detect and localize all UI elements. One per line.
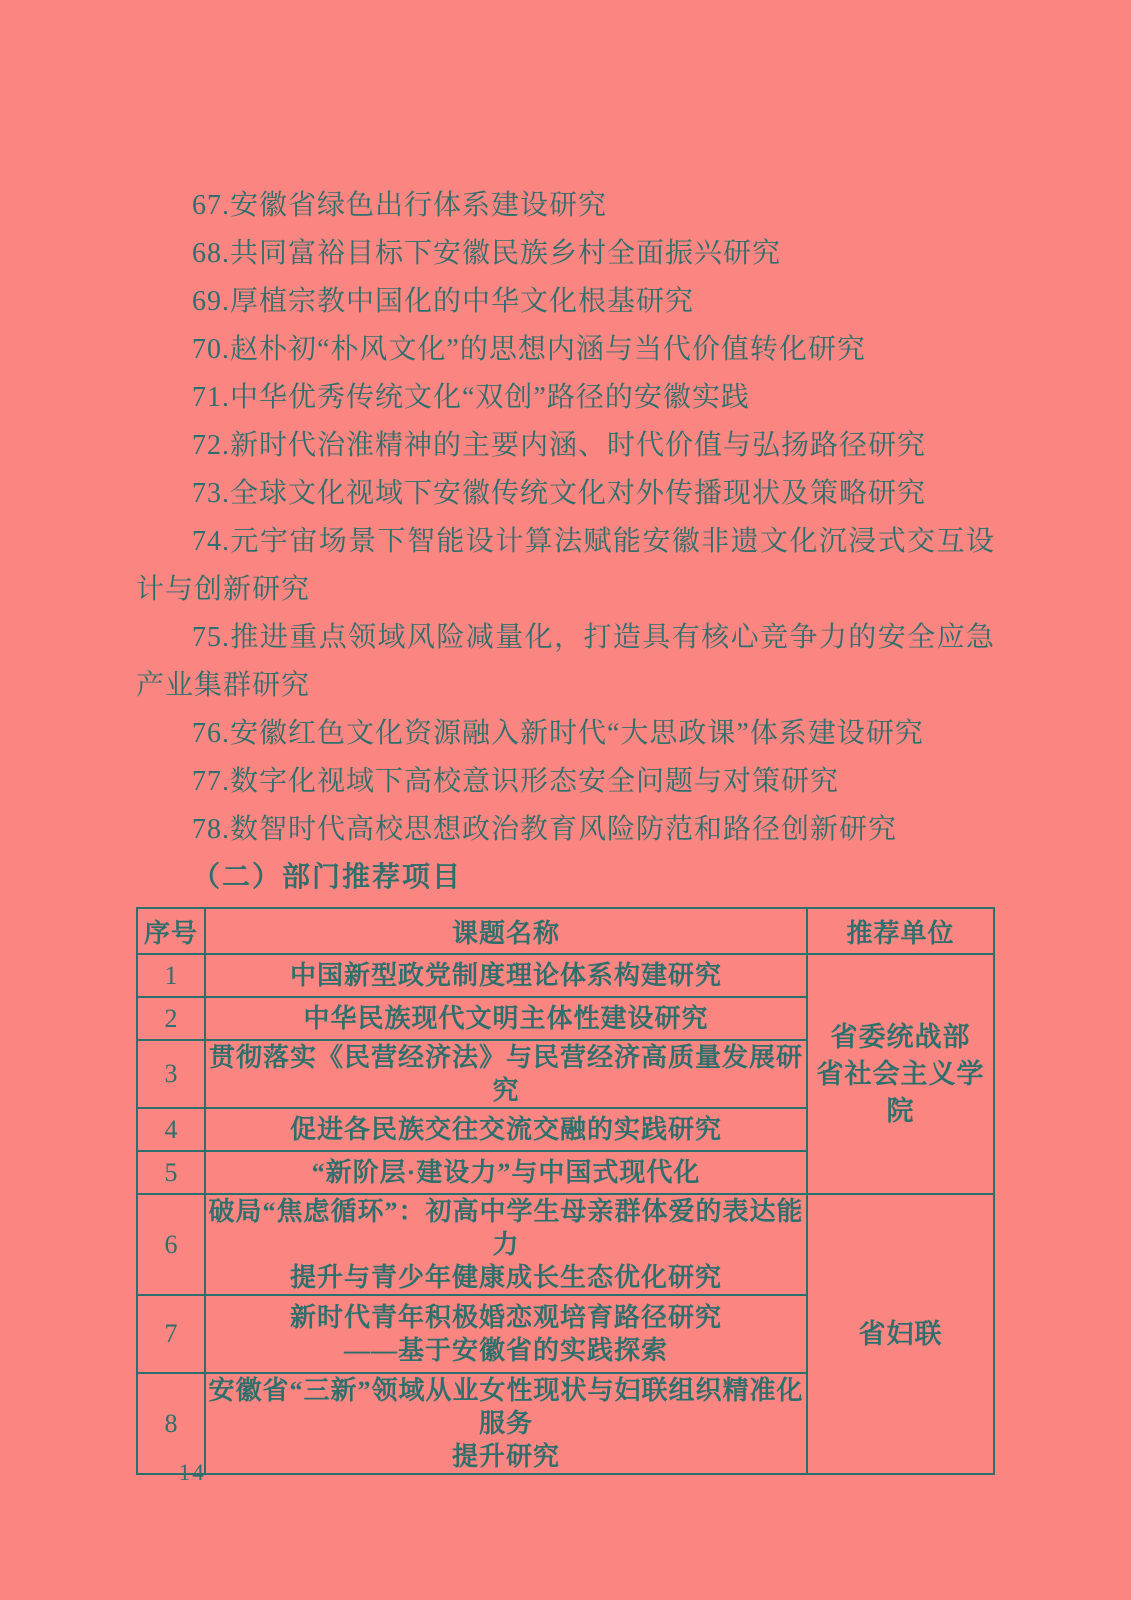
topic-title-cell: 促进各民族交往交流交融的实践研究: [205, 1108, 807, 1151]
list-item-67: 67.安徽省绿色出行体系建设研究: [136, 182, 995, 230]
list-item-77: 77.数字化视域下高校意识形态安全问题与对策研究: [136, 758, 995, 806]
unit-line: 省委统战部: [808, 1019, 993, 1056]
table-header-row: 序号 课题名称 推荐单位: [137, 908, 994, 954]
topic-title-line: 提升与青少年健康成长生态优化研究: [206, 1261, 806, 1294]
topic-title-line: 提升研究: [206, 1440, 806, 1473]
list-item-71: 71.中华优秀传统文化“双创”路径的安徽实践: [136, 374, 995, 422]
table-row: 6 破局“焦虑循环”：初高中学生母亲群体爱的表达能力 提升与青少年健康成长生态优…: [137, 1194, 994, 1295]
table-row: 1 中国新型政党制度理论体系构建研究 省委统战部 省社会主义学院: [137, 954, 994, 997]
topic-title-cell: 中国新型政党制度理论体系构建研究: [205, 954, 807, 997]
list-item-70: 70.赵朴初“朴风文化”的思想内涵与当代价值转化研究: [136, 326, 995, 374]
topic-title-cell: 安徽省“三新”领域从业女性现状与妇联组织精准化服务 提升研究: [205, 1373, 807, 1474]
row-number-cell: 3: [137, 1040, 205, 1108]
topic-title-line: ——基于安徽省的实践探索: [206, 1334, 806, 1367]
topic-title-cell: 破局“焦虑循环”：初高中学生母亲群体爱的表达能力 提升与青少年健康成长生态优化研…: [205, 1194, 807, 1295]
list-item-73: 73.全球文化视域下安徽传统文化对外传播现状及策略研究: [136, 470, 995, 518]
topic-title-line: 中国新型政党制度理论体系构建研究: [206, 959, 806, 992]
topic-title-line: “新阶层·建设力”与中国式现代化: [206, 1156, 806, 1189]
topic-title-cell: 贯彻落实《民营经济法》与民营经济高质量发展研究: [205, 1040, 807, 1108]
list-item-76: 76.安徽红色文化资源融入新时代“大思政课”体系建设研究: [136, 710, 995, 758]
row-number-cell: 5: [137, 1151, 205, 1194]
page-content: 67.安徽省绿色出行体系建设研究 68.共同富裕目标下安徽民族乡村全面振兴研究 …: [136, 182, 995, 1475]
page-number: — 14 —: [146, 1460, 239, 1486]
unit-line: 省社会主义学院: [808, 1056, 993, 1130]
topic-title-line: 促进各民族交往交流交融的实践研究: [206, 1113, 806, 1146]
projects-table: 序号 课题名称 推荐单位 1 中国新型政党制度理论体系构建研究 省委统战部 省社…: [136, 907, 995, 1475]
topic-title-cell: 中华民族现代文明主体性建设研究: [205, 997, 807, 1040]
row-number-cell: 6: [137, 1194, 205, 1295]
row-number-cell: 2: [137, 997, 205, 1040]
row-number-cell: 1: [137, 954, 205, 997]
topic-title-cell: 新时代青年积极婚恋观培育路径研究 ——基于安徽省的实践探索: [205, 1295, 807, 1373]
header-cell-unit: 推荐单位: [807, 908, 994, 954]
header-cell-topic: 课题名称: [205, 908, 807, 954]
topic-title-line: 安徽省“三新”领域从业女性现状与妇联组织精准化服务: [206, 1374, 806, 1440]
topic-title-line: 破局“焦虑循环”：初高中学生母亲群体爱的表达能力: [206, 1195, 806, 1261]
section-heading: （二）部门推荐项目: [136, 854, 995, 902]
list-item-72: 72.新时代治淮精神的主要内涵、时代价值与弘扬路径研究: [136, 422, 995, 470]
document-page: 67.安徽省绿色出行体系建设研究 68.共同富裕目标下安徽民族乡村全面振兴研究 …: [0, 0, 1131, 1600]
row-number-cell: 7: [137, 1295, 205, 1373]
unit-line: 省妇联: [808, 1316, 993, 1353]
list-item-68: 68.共同富裕目标下安徽民族乡村全面振兴研究: [136, 230, 995, 278]
list-item-78: 78.数智时代高校思想政治教育风险防范和路径创新研究: [136, 806, 995, 854]
topic-title-cell: “新阶层·建设力”与中国式现代化: [205, 1151, 807, 1194]
list-item-74: 74.元宇宙场景下智能设计算法赋能安徽非遗文化沉浸式交互设计与创新研究: [136, 518, 995, 614]
row-number-cell: 4: [137, 1108, 205, 1151]
unit-cell: 省委统战部 省社会主义学院: [807, 954, 994, 1194]
unit-cell: 省妇联: [807, 1194, 994, 1474]
list-item-69: 69.厚植宗教中国化的中华文化根基研究: [136, 278, 995, 326]
topic-title-line: 新时代青年积极婚恋观培育路径研究: [206, 1301, 806, 1334]
header-cell-number: 序号: [137, 908, 205, 954]
list-item-75: 75.推进重点领域风险减量化，打造具有核心竞争力的安全应急产业集群研究: [136, 614, 995, 710]
row-number-cell: 8: [137, 1373, 205, 1474]
topic-title-line: 贯彻落实《民营经济法》与民营经济高质量发展研究: [206, 1041, 806, 1107]
topic-title-line: 中华民族现代文明主体性建设研究: [206, 1002, 806, 1035]
